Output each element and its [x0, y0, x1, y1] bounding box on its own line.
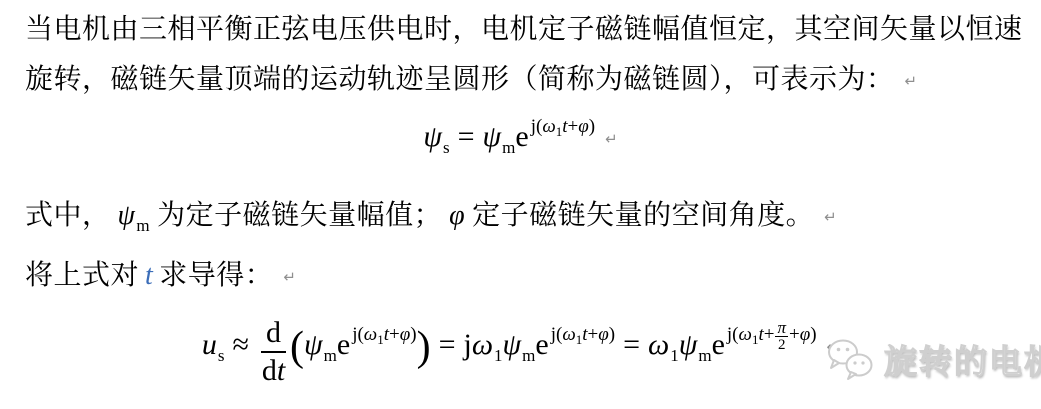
- formula2-frac-numerator: d: [261, 318, 286, 353]
- formula2-omega2: ω: [648, 328, 669, 361]
- paragraph-3-suffix: 求导得：: [159, 260, 273, 291]
- paragraph-mark-icon: ↵: [605, 130, 618, 148]
- formula2-frac-den-t: t: [277, 354, 285, 387]
- phi-symbol: φ: [449, 200, 465, 231]
- psi-symbol: ψ: [118, 200, 136, 231]
- paragraph-intro: 当电机由三相平衡正弦电压供电时，电机定子磁链幅值恒定，其空间矢量以恒速 旋转，磁…: [25, 5, 1023, 106]
- exp1-omega: ω: [364, 324, 377, 345]
- formula2-omega2-sub: 1: [670, 346, 679, 365]
- exp1-open: j(: [352, 324, 364, 345]
- formula1-exponent: j(ω1t+φ): [531, 116, 595, 137]
- formula2-psi2: ψ: [503, 328, 522, 361]
- exp2-phi: φ: [598, 324, 609, 345]
- formula2-close-paren: ): [417, 324, 431, 370]
- formula1-exp-omega: ω: [542, 116, 555, 137]
- paragraph-intro-line-2-text: 旋转，磁链矢量顶端的运动轨迹呈圆形（简称为磁链圆），可表示为：: [25, 64, 895, 95]
- exp1-phi: φ: [400, 324, 411, 345]
- paragraph-symbol-definitions: 式中，ψm为定子磁链矢量幅值；φ定子磁链矢量的空间角度。↵: [25, 196, 837, 246]
- wechat-icon: [826, 337, 878, 383]
- formula2-d-dt-fraction: ddt: [261, 318, 286, 386]
- paragraph-2-middle: 为定子磁链矢量幅值；: [157, 200, 442, 231]
- formula2-approx: ≈: [225, 328, 257, 361]
- formula2-e1: e: [337, 328, 350, 361]
- exp3-phi: φ: [800, 324, 811, 345]
- formula1-exp-open: j(: [531, 116, 543, 137]
- exp3-close: ): [810, 324, 816, 345]
- paragraph-2-prefix: 式中，: [25, 200, 111, 231]
- formula2-psi3: ψ: [679, 328, 698, 361]
- paragraph-3-prefix: 将上式对: [25, 260, 139, 291]
- formula2-exponent-3: j(ω1t+π2+φ): [727, 324, 817, 345]
- formula2-j: j: [463, 328, 471, 361]
- inline-math-psi-m: ψm: [118, 200, 151, 231]
- formula2-equals-2: =: [615, 328, 648, 361]
- exp1-plus: +: [389, 324, 400, 345]
- paragraph-intro-line-1: 当电机由三相平衡正弦电压供电时，电机定子磁链幅值恒定，其空间矢量以恒速: [25, 5, 1023, 55]
- formula1-exp-close: ): [589, 116, 595, 137]
- exp2-plus: +: [588, 324, 599, 345]
- paragraph-derivative-lead-in: 将上式对t求导得：↵: [25, 256, 296, 297]
- paragraph-mark-icon: ↵: [905, 72, 918, 90]
- formula2-exponent-2: j(ω1t+φ): [551, 324, 615, 345]
- formula-flux-vector: ψs=ψmej(ω1t+φ)↵: [0, 116, 1041, 158]
- exp3-pi: π: [775, 320, 788, 337]
- formula1-exp-phi: φ: [578, 116, 589, 137]
- formula2-equals-1: =: [431, 328, 464, 361]
- formula1-psi-s: ψ: [423, 120, 442, 153]
- exp3-pi-over-2-fraction: π2: [775, 320, 788, 352]
- psi-subscript-m: m: [136, 216, 150, 235]
- exp3-plus-1: +: [764, 324, 775, 345]
- formula2-open-paren: (: [290, 324, 304, 370]
- exp3-omega: ω: [739, 324, 752, 345]
- formula2-psi1: ψ: [304, 328, 323, 361]
- exp3-open: j(: [727, 324, 739, 345]
- formula2-psi3-sub: m: [698, 346, 711, 365]
- formula1-equals: =: [450, 120, 483, 153]
- paragraph-mark-icon: ↵: [283, 268, 296, 286]
- formula2-frac-denominator: dt: [261, 353, 286, 386]
- exp2-open: j(: [551, 324, 563, 345]
- formula2-omega1: ω: [472, 328, 493, 361]
- formula2-omega1-sub: 1: [494, 346, 503, 365]
- formula2-e3: e: [712, 328, 725, 361]
- paragraph-intro-line-2: 旋转，磁链矢量顶端的运动轨迹呈圆形（简称为磁链圆），可表示为：↵: [25, 55, 1023, 106]
- formula2-u: u: [202, 328, 217, 361]
- formula2-e2: e: [535, 328, 548, 361]
- formula1-base-e: e: [515, 120, 528, 153]
- watermark-label: 旋转的电机: [884, 336, 1041, 383]
- formula1-sub-m: m: [502, 138, 515, 157]
- paragraph-2-suffix: 定子磁链矢量的空间角度。: [472, 200, 814, 231]
- formula1-sub-s: s: [443, 138, 450, 157]
- formula1-psi-m: ψ: [483, 120, 502, 153]
- formula1-exp-plus: +: [568, 116, 579, 137]
- formula2-exponent-1: j(ω1t+φ): [352, 324, 416, 345]
- exp3-two: 2: [775, 337, 788, 352]
- exp3-plus-2: +: [789, 324, 800, 345]
- exp2-omega: ω: [562, 324, 575, 345]
- formula2-u-sub: s: [218, 346, 225, 365]
- watermark: 旋转的电机: [826, 336, 1041, 383]
- formula2-psi1-sub: m: [324, 346, 337, 365]
- formula2-frac-den-d: d: [262, 354, 277, 387]
- t-variable: t: [145, 260, 153, 291]
- formula2-psi2-sub: m: [522, 346, 535, 365]
- paragraph-mark-icon: ↵: [824, 208, 837, 226]
